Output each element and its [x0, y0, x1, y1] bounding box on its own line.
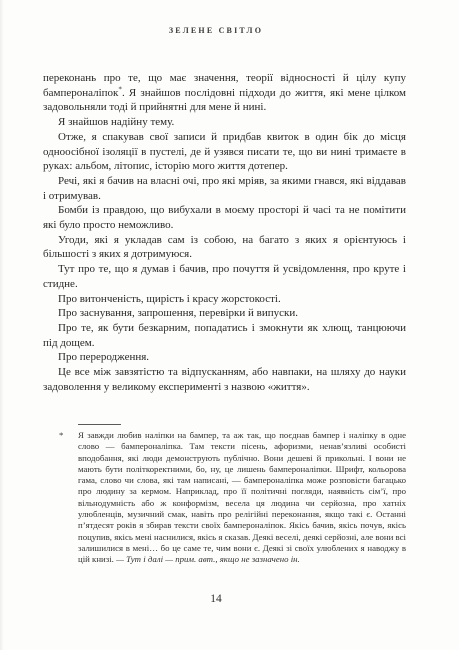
text-run: Я знайшов надійну тему.: [58, 116, 174, 128]
text-run: Про те, як бути безкарним, попадатись і …: [43, 322, 406, 349]
book-page: ЗЕЛЕНЕ СВІТЛО переконань про те, що має …: [0, 0, 459, 650]
paragraph: Тут про те, що я думав і бачив, про почу…: [43, 262, 406, 291]
paragraph: Це все між завзятістю та відпусканням, а…: [43, 365, 406, 394]
paragraph: Речі, які я бачив на власні очі, про які…: [43, 174, 406, 203]
paragraph: Про те, як бути безкарним, попадатись і …: [43, 321, 406, 350]
paragraph: Про переродження.: [43, 350, 406, 365]
paragraph: Про витонченість, щирість і красу жорсто…: [43, 292, 406, 307]
footnote-marker: *: [43, 430, 78, 566]
paragraph: Про заснування, запрошення, перевірки й …: [43, 306, 406, 321]
text-run: — Тут і далі — прим. авт., якщо не зазна…: [116, 554, 300, 564]
footnote-rule: [78, 424, 121, 425]
text-run: Про витонченість, щирість і красу жорсто…: [58, 293, 281, 305]
page-number: 14: [0, 593, 432, 605]
text-run: Тут про те, що я думав і бачив, про почу…: [43, 263, 406, 290]
text-run: Це все між завзятістю та відпусканням, а…: [43, 366, 406, 393]
paragraph: Отже, я спакував свої записи й придбав к…: [43, 130, 406, 174]
footnote: * Я завжди любив наліпки на бампер, та а…: [43, 424, 406, 566]
paragraph: переконань про те, що має значення, теор…: [43, 71, 406, 115]
text-run: Отже, я спакував свої записи й придбав к…: [43, 131, 406, 172]
footnote-row: * Я завжди любив наліпки на бампер, та а…: [43, 430, 406, 566]
text-run: Про переродження.: [58, 351, 149, 363]
running-head: ЗЕЛЕНЕ СВІТЛО: [0, 26, 432, 35]
body-text: переконань про те, що має значення, теор…: [43, 71, 406, 394]
paragraph: Угоди, які я укладав сам із собою, на ба…: [43, 233, 406, 262]
text-run: Бомби із правдою, що вибухали в моєму пр…: [43, 204, 406, 231]
text-run: Я завжди любив наліпки на бампер, та аж …: [78, 430, 406, 564]
paragraph: Бомби із правдою, що вибухали в моєму пр…: [43, 203, 406, 232]
text-run: Речі, які я бачив на власні очі, про які…: [43, 175, 406, 202]
text-run: Угоди, які я укладав сам із собою, на ба…: [43, 234, 406, 261]
footnote-text: Я завжди любив наліпки на бампер, та аж …: [78, 430, 406, 566]
text-run: Про заснування, запрошення, перевірки й …: [58, 307, 298, 319]
paragraph: Я знайшов надійну тему.: [43, 115, 406, 130]
